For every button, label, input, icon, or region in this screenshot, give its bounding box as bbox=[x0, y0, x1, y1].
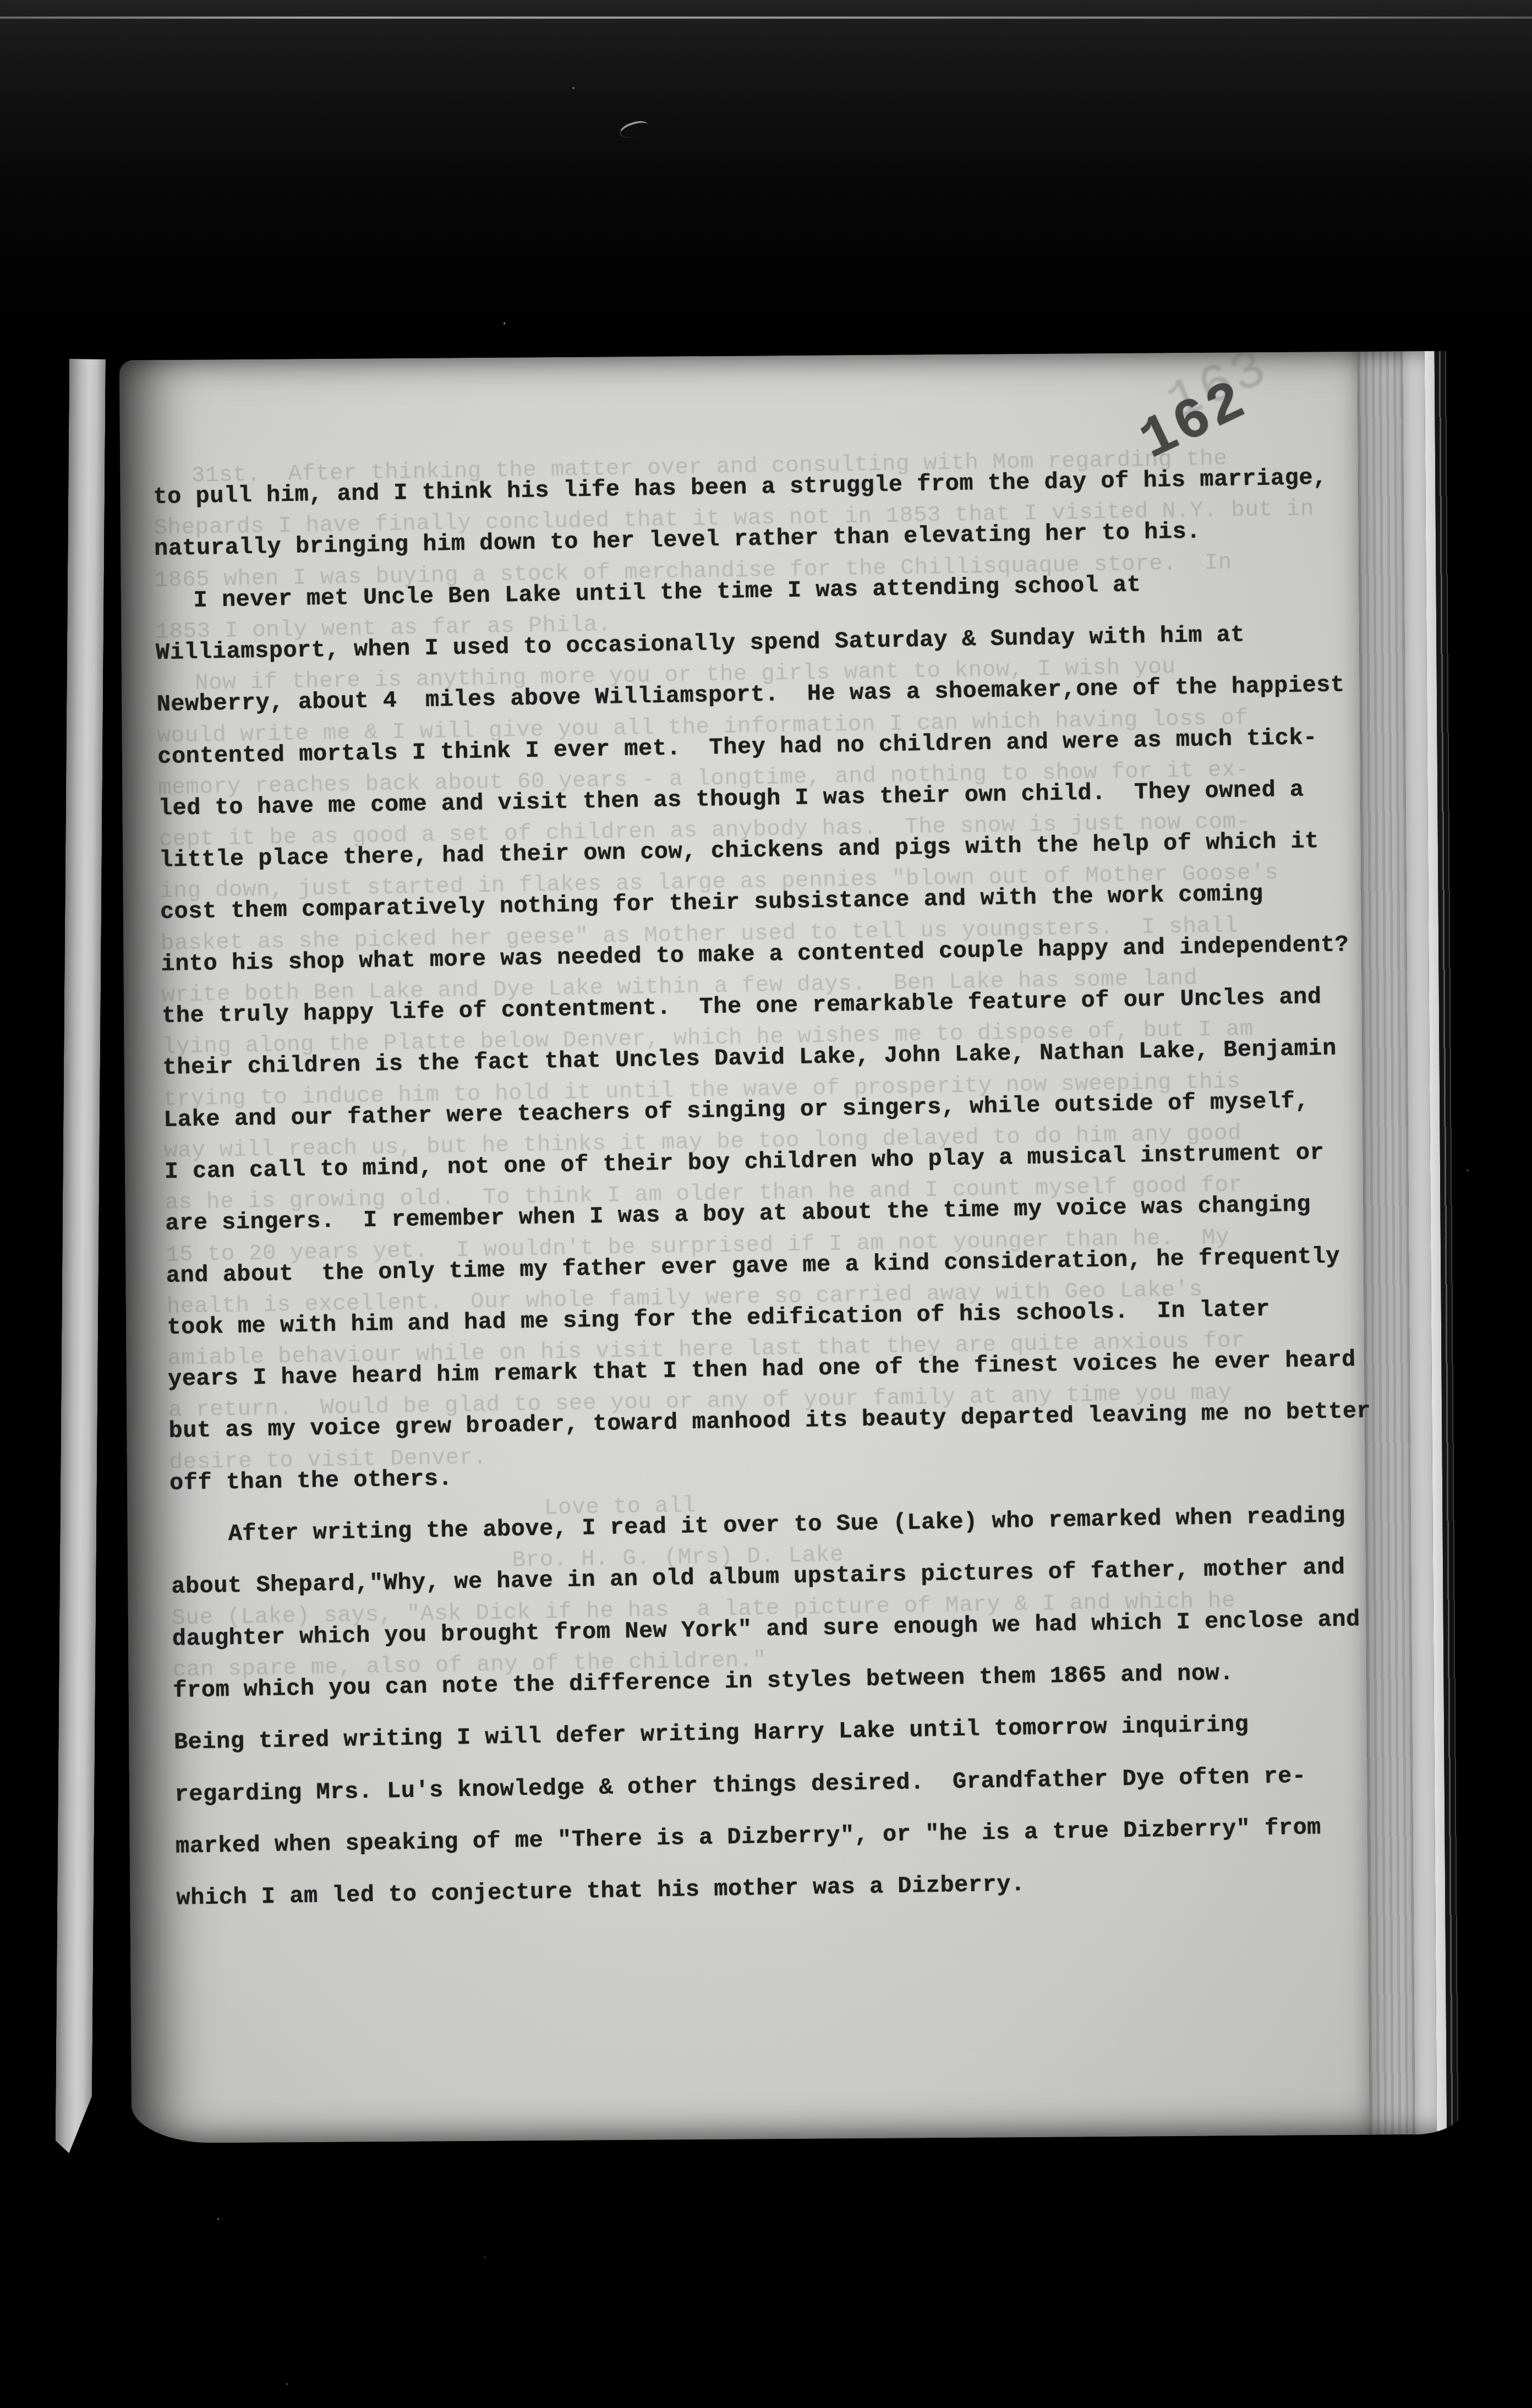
left-page-edge-strip bbox=[55, 359, 106, 2153]
typed-line: off than the others. bbox=[169, 1466, 453, 1496]
typed-line: Being tired writing I will defer writing… bbox=[174, 1712, 1249, 1755]
typed-line: marked when speaking of me "There is a D… bbox=[176, 1815, 1322, 1859]
dust-speck bbox=[504, 322, 505, 325]
typed-text-layer: 31st. After thinking the matter over and… bbox=[151, 351, 1374, 2143]
typed-line: After writing the above, I read it over … bbox=[228, 1503, 1345, 1547]
dust-speck bbox=[286, 2383, 288, 2385]
scanned-page: 163 162 31st. After thinking the matter … bbox=[119, 351, 1464, 2144]
scanner-background bbox=[0, 0, 1532, 352]
dust-speck bbox=[217, 2218, 219, 2220]
scan-artifact-line bbox=[0, 17, 1532, 19]
dust-speck bbox=[572, 87, 574, 89]
typed-line: which I am led to conjecture that his mo… bbox=[176, 1871, 1025, 1911]
typed-line: regarding Mrs. Lu's knowledge & other th… bbox=[174, 1763, 1306, 1807]
dust-speck bbox=[1467, 1170, 1469, 1171]
dust-speck bbox=[484, 2257, 485, 2258]
